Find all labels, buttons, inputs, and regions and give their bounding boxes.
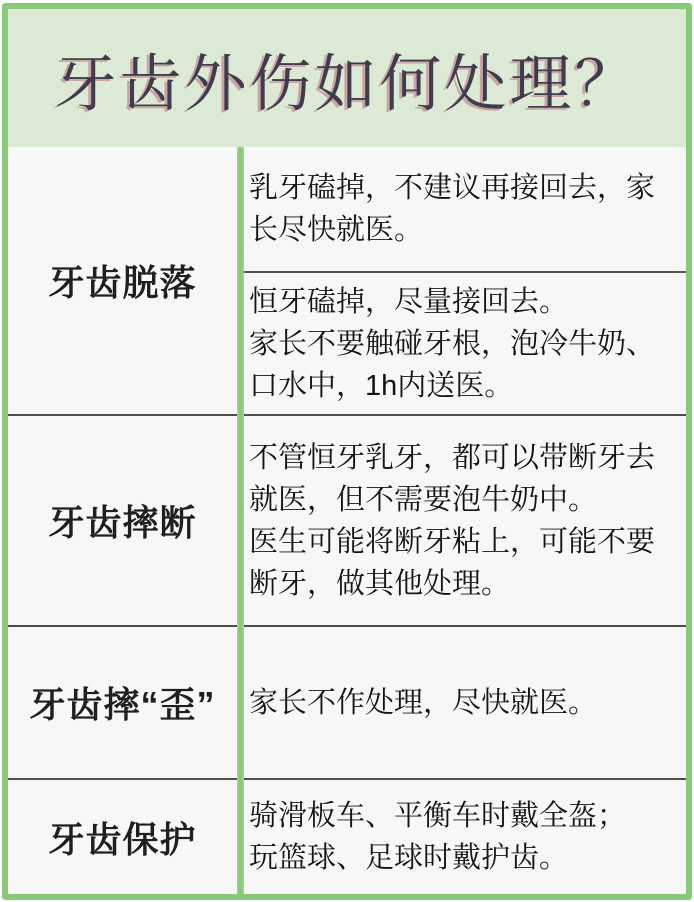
dental-trauma-infographic: 牙齿外伤如何处理？ 牙齿脱落 乳牙磕掉，不建议再接回去，家长尽快就医。 恒牙磕掉… <box>0 0 694 902</box>
detail-column: 乳牙磕掉，不建议再接回去，家长尽快就医。 恒牙磕掉，尽量接回去。 家长不要触碰牙… <box>244 147 686 414</box>
detail-baby-tooth: 乳牙磕掉，不建议再接回去，家长尽快就医。 <box>244 147 686 271</box>
row-label-tooth-knocked-out: 牙齿脱落 <box>8 147 237 414</box>
detail-column: 不管恒牙乳牙，都可以带断牙去就医，但不需要泡牛奶中。 医生可能将断牙粘上，可能不… <box>244 416 686 625</box>
table-row-tooth-displaced: 牙齿摔“歪” 家长不作处理，尽快就医。 <box>8 625 686 778</box>
detail-column: 家长不作处理，尽快就医。 <box>244 627 686 778</box>
row-label-tooth-protection: 牙齿保护 <box>8 780 237 894</box>
page-title: 牙齿外伤如何处理？ <box>54 34 639 123</box>
detail-tooth-displaced: 家长不作处理，尽快就医。 <box>244 627 686 778</box>
header: 牙齿外伤如何处理？ <box>8 9 686 147</box>
treatment-table: 牙齿脱落 乳牙磕掉，不建议再接回去，家长尽快就医。 恒牙磕掉，尽量接回去。 家长… <box>8 147 686 894</box>
detail-tooth-broken: 不管恒牙乳牙，都可以带断牙去就医，但不需要泡牛奶中。 医生可能将断牙粘上，可能不… <box>244 416 686 625</box>
row-label-tooth-broken: 牙齿摔断 <box>8 416 237 625</box>
table-row-tooth-protection: 牙齿保护 骑滑板车、平衡车时戴全盔； 玩篮球、足球时戴护齿。 <box>8 778 686 894</box>
table-row-tooth-knocked-out: 牙齿脱落 乳牙磕掉，不建议再接回去，家长尽快就医。 恒牙磕掉，尽量接回去。 家长… <box>8 147 686 414</box>
green-frame: 牙齿外伤如何处理？ 牙齿脱落 乳牙磕掉，不建议再接回去，家长尽快就医。 恒牙磕掉… <box>2 3 692 900</box>
column-divider <box>237 147 244 894</box>
detail-permanent-tooth: 恒牙磕掉，尽量接回去。 家长不要触碰牙根，泡冷牛奶、口水中，1h内送医。 <box>244 271 686 414</box>
row-label-tooth-displaced: 牙齿摔“歪” <box>8 627 237 778</box>
detail-tooth-protection: 骑滑板车、平衡车时戴全盔； 玩篮球、足球时戴护齿。 <box>244 780 686 894</box>
table-row-tooth-broken: 牙齿摔断 不管恒牙乳牙，都可以带断牙去就医，但不需要泡牛奶中。 医生可能将断牙粘… <box>8 414 686 625</box>
detail-column: 骑滑板车、平衡车时戴全盔； 玩篮球、足球时戴护齿。 <box>244 780 686 894</box>
